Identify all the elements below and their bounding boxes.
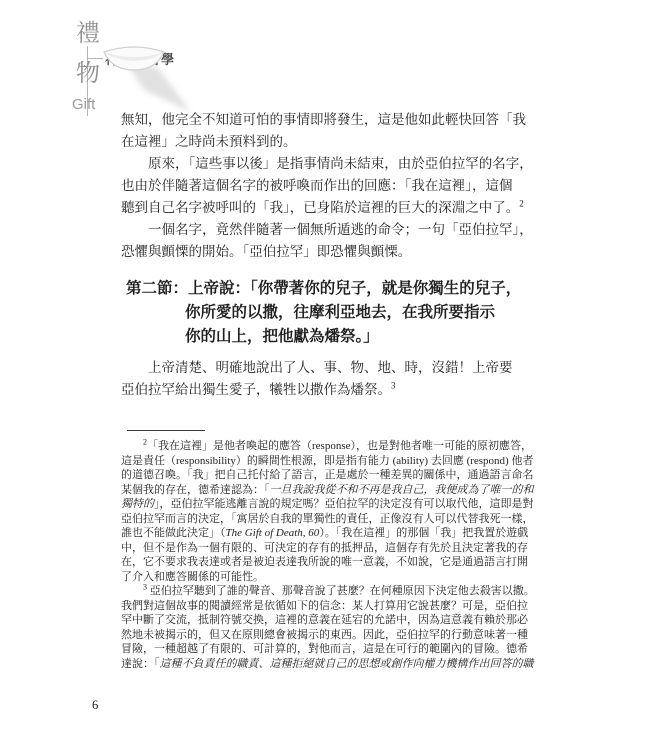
heading-line: 你的山上，把他獻為燔祭。」 [121, 325, 537, 349]
footnote-line: 某個我的存在，德希達認為：「一旦我說我從不和不再是我自己，我便成為了唯一的和 [121, 483, 539, 498]
footnote-line: 了介入和應答關係的可能性。 [121, 570, 539, 585]
text-segment: 誰也不能做此決定」（ [121, 527, 226, 539]
footnote-line: 我們對這個故事的閱讀經常是依循如下的信念：某人打算用它說甚麼？可是，亞伯拉 [121, 599, 539, 614]
text-segment: 「我在這裡」是他者喚起的應答（response），也是對他者唯一可能的原初應答， [147, 440, 532, 452]
footnotes-section: 2「我在這裡」是他者喚起的應答（response），也是對他者唯一可能的原初應答… [121, 430, 539, 671]
footnote-line: 2「我在這裡」是他者喚起的應答（response），也是對他者唯一可能的原初應答… [121, 439, 539, 454]
footnote-ref-3: 3 [391, 381, 396, 391]
quoted-text-segment: 獨特的 [121, 498, 154, 510]
heading-line: 你所愛的以撒，往摩利亞地去，在我所要指示 [121, 301, 537, 325]
text-segment: 某個我的存在，德希達認為：「 [121, 484, 270, 496]
footnote-line: 在，它不要求我表達或者是被迫表達我所說的唯一意義，不如說，它是通過語言打開 [121, 555, 539, 570]
footnote-line: 然地未被揭示的，但又在原則總會被揭示的東西。因此，亞伯拉罕的行動意味著一種 [121, 628, 539, 643]
book-title-segment: The Gift of Death, 60 [226, 527, 320, 539]
footnote-line: 冒險，一種超越了有限的、可計算的，對他而言，這是在可行的範圍內的冒險。德希 [121, 642, 539, 657]
text-line: 恐懼與顫慄的開始。「亞伯拉罕」即恐懼與顫慄。 [121, 241, 537, 263]
series-caption: Gift [72, 96, 95, 113]
footnote-marker-3: 3 [143, 582, 147, 591]
text-line: 在這裡」之時尚未預料到的。 [121, 131, 537, 153]
text-line: 聽到自己名字被呼叫的「我」，已身陷於這裡的巨大的深淵之中了。2 [121, 197, 537, 219]
footnote-line: 亞伯拉罕而言的決定，「寓居於自我的單獨性的責任，正像沒有人可以代替我死一樣， [121, 512, 539, 527]
footnote-2: 2「我在這裡」是他者喚起的應答（response），也是對他者唯一可能的原初應答… [121, 439, 539, 584]
footnote-line: 獨特的」，亞伯拉罕能逃離言說的規定嗎？亞伯拉罕的決定沒有可以取代他，這即是對 [121, 497, 539, 512]
footnote-3: 3 亞伯拉罕聽到了誰的聲音、那聲音說了甚麼？在何種原因下決定他去殺害以撒。 我們… [121, 584, 539, 671]
text-segment: 亞伯拉罕給出獨生愛子，犧牲以撒作為燔祭。 [121, 382, 391, 397]
text-segment: 」，亞伯拉罕能逃離言說的規定嗎？亞伯拉罕的決定沒有可以取代他，這即是對 [154, 498, 534, 510]
text-segment: 聽到自己名字被呼叫的「我」，已身陷於這裡的巨大的深淵之中了。 [121, 200, 519, 215]
text-line: 原來，「這些事以後」是指事情尚未結束，由於亞伯拉罕的名字， [121, 153, 537, 175]
footnote-line: 誰也不能做此決定」（The Gift of Death, 60）。「我在這裡」的… [121, 526, 539, 541]
text-line: 亞伯拉罕給出獨生愛子，犧牲以撒作為燔祭。3 [121, 379, 537, 401]
footnote-separator-rule [127, 430, 205, 431]
footnote-line: 3 亞伯拉罕聽到了誰的聲音、那聲音說了甚麼？在何種原因下決定他去殺害以撒。 [121, 584, 539, 599]
main-text-column: 無知，他完全不知道可怕的事情即將發生，這是他如此輕快回答「我 在這裡」之時尚未預… [121, 109, 537, 401]
footnote-line: 的道德召喚。「我」把自己托付給了語言，正是處於一種差異的關係中，通過語言命名 [121, 468, 539, 483]
page-number: 6 [92, 698, 98, 713]
text-segment: 亞伯拉罕聽到了誰的聲音、那聲音說了甚麼？在何種原因下決定他去殺害以撒。 [150, 585, 535, 597]
quoted-text-segment: 這種不負責任的職責、這種拒絕就自己的思想或創作向權力機構作出回答的職 [160, 658, 534, 670]
text-segment: 達說：「 [121, 658, 160, 670]
text-line: 一個名字，竟然伴隨著一個無所遁逃的命令；一句「亞伯拉罕」， [121, 219, 537, 241]
text-segment: ）。「我在這裡」的那個「我」把我置於遊戲 [319, 527, 528, 539]
section-heading: 第二節：上帝說：「你帶著你的兒子，就是你獨生的兒子， 你所愛的以撒，往摩利亞地去… [121, 277, 537, 349]
text-line: 無知，他完全不知道可怕的事情即將發生，這是他如此輕快回答「我 [121, 109, 537, 131]
footnote-line: 這是責任（responsibility）的瞬間性根源，即是指有能力 (abili… [121, 454, 539, 469]
footnote-line: 罕中斷了交流，抵制符號交換，這裡的意義在延宕的允諾中，因為這意義有賴於那必 [121, 613, 539, 628]
heading-line: 第二節：上帝說：「你帶著你的兒子，就是你獨生的兒子， [121, 277, 537, 301]
footnote-ref-2: 2 [519, 199, 524, 209]
quoted-text-segment: 一旦我說我從不和不再是我自己，我便成為了唯一的和 [270, 484, 534, 496]
footnote-line: 中，但不是作為一個有限的、可決定的存有的抵押品，這個存有先於且決定著我的存 [121, 541, 539, 556]
text-line: 上帝清楚、明確地說出了人、事、物、地、時，沒錯！上帝要 [121, 357, 537, 379]
bowl-illustration-icon [96, 40, 206, 120]
book-page: 禮 物 神學與哲學 Gift 無知，他完全不知道可怕的事情即將發生，這是他如此輕… [0, 0, 650, 750]
footnote-line: 達說：「這種不負責任的職責、這種拒絕就自己的思想或創作向權力機構作出回答的職 [121, 657, 539, 672]
text-line: 也由於伴隨著這個名字的被呼喚而作出的回應：「我在這裡」，這個 [121, 175, 537, 197]
